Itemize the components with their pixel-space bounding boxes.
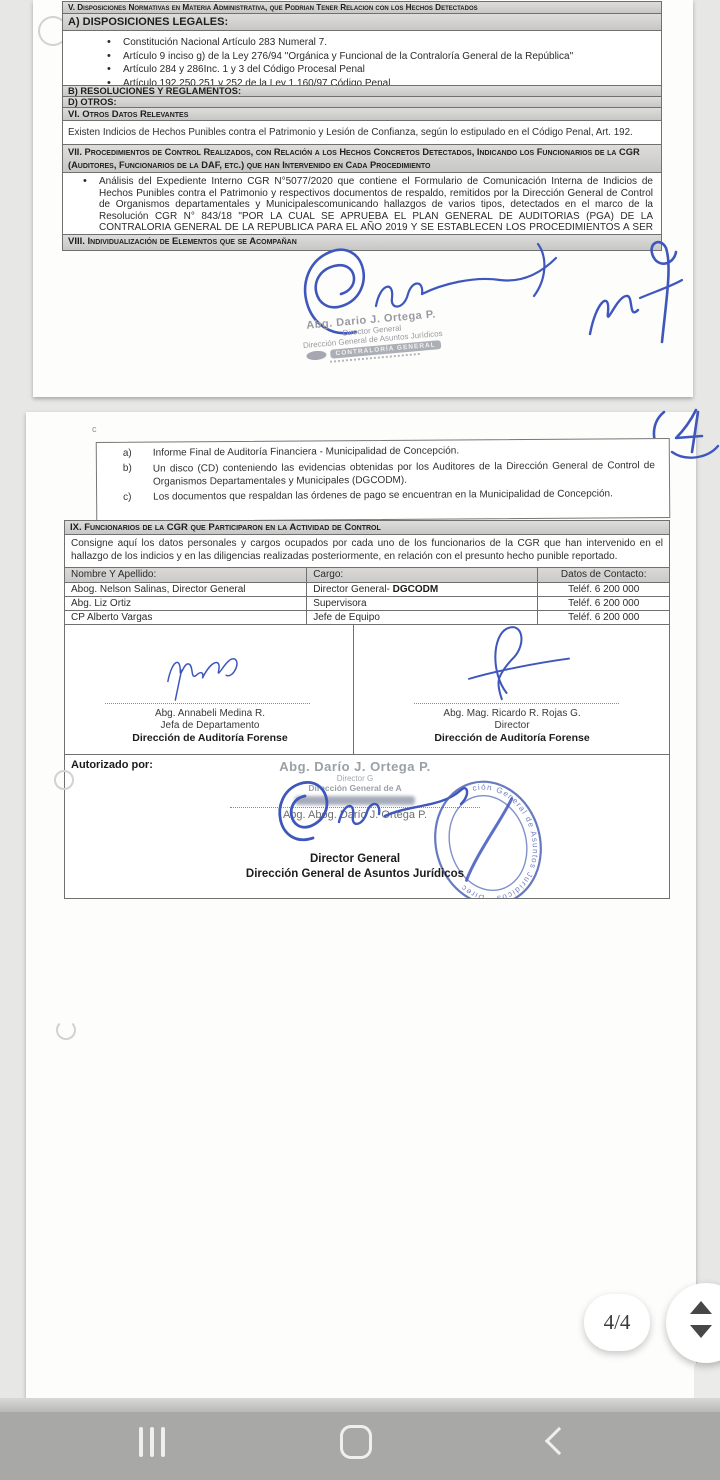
- document-page-1: V. Disposiciones Normativas en Materia A…: [33, 0, 693, 397]
- signature-row: Abg. Annabeli Medina R. Jefa de Departam…: [65, 625, 669, 755]
- signer-role: Jefa de Departamento: [65, 720, 355, 732]
- contact-name: Abog. Nelson Salinas, Director General: [65, 583, 307, 596]
- contact-cargo: Jefe de Equipo: [307, 611, 538, 624]
- hole-punch: [56, 1020, 76, 1040]
- signature-cell-right: Abg. Mag. Ricardo R. Rojas G. Director D…: [354, 625, 669, 754]
- col-header-contact: Datos de Contacto:: [538, 568, 669, 582]
- col-header-cargo: Cargo:: [307, 568, 538, 582]
- page-up-icon[interactable]: [690, 1301, 712, 1314]
- evidence-letter: a): [123, 448, 139, 460]
- authorized-role: Director General: [195, 853, 515, 865]
- contact-phone: Teléf. 6 200 000: [538, 597, 669, 610]
- android-navigation-bar: [0, 1412, 720, 1480]
- procedure-bullet: Análisis del Expediente Interno CGR N°50…: [99, 176, 653, 235]
- page-down-icon[interactable]: [690, 1325, 712, 1338]
- medina-signature-ink: [125, 643, 305, 705]
- officials-box: Consigne aquí los datos personales y car…: [64, 535, 670, 899]
- authorized-label: Autorizado por:: [71, 759, 153, 771]
- cargo-text: Director General-: [313, 584, 390, 595]
- section-d-header: D) OTROS:: [63, 97, 661, 108]
- signer-department: Dirección de Auditoría Forense: [354, 732, 669, 744]
- section-vii-header: VII. Procedimientos de Control Realizado…: [63, 145, 661, 173]
- signature-cell-left: Abg. Annabeli Medina R. Jefa de Departam…: [65, 625, 354, 754]
- hole-punch: [54, 770, 74, 790]
- stamp-emblem-icon: [306, 350, 327, 361]
- evidence-text: Informe Final de Auditoría Financiera - …: [153, 445, 459, 459]
- section-vi-content: Existen Indicios de Hechos Punibles cont…: [63, 121, 661, 145]
- signer-name: Abg. Mag. Ricardo R. Rojas G.: [354, 708, 669, 720]
- cargo-text-bold: DGCODM: [390, 584, 438, 595]
- screen: { "viewer": { "page_indicator": "4/4" },…: [0, 0, 720, 1480]
- contact-name: Abg. Liz Ortiz: [65, 597, 307, 610]
- legal-item: Artículo 284 y 286Inc. 1 y 3 del Código …: [123, 63, 653, 77]
- back-icon[interactable]: [545, 1427, 573, 1455]
- section-v-header: V. Disposiciones Normativas en Materia A…: [63, 2, 661, 14]
- home-icon[interactable]: [340, 1425, 372, 1459]
- page-bottom-shadow: [0, 1398, 720, 1412]
- legal-items: Constitución Nacional Artículo 283 Numer…: [63, 31, 661, 86]
- signer-department: Dirección de Auditoría Forense: [65, 732, 355, 744]
- page-indicator-label: 4/4: [604, 1310, 631, 1335]
- section-ix-intro: Consigne aquí los datos personales y car…: [65, 535, 669, 568]
- signer-role: Director: [354, 720, 669, 732]
- page1-form-table: V. Disposiciones Normativas en Materia A…: [62, 1, 662, 251]
- recents-icon[interactable]: [139, 1427, 165, 1457]
- contact-cargo: Director General- DGCODM: [307, 583, 538, 596]
- evidence-letter: b): [123, 463, 139, 489]
- signer-name: Abg. Annabeli Medina R.: [65, 708, 355, 720]
- signature-line: [414, 703, 619, 704]
- page-indicator: 4/4: [584, 1294, 650, 1351]
- contact-row: Abg. Liz Ortiz Supervisora Teléf. 6 200 …: [65, 597, 669, 611]
- contact-phone: Teléf. 6 200 000: [538, 611, 669, 624]
- corner-mark: c: [92, 424, 97, 434]
- contact-row: Abog. Nelson Salinas, Director General D…: [65, 583, 669, 597]
- section-vii-content: Análisis del Expediente Interno CGR N°50…: [63, 173, 661, 235]
- section-a-header: A) DISPOSICIONES LEGALES:: [63, 14, 661, 31]
- authorized-department: Dirección General de Asuntos Jurídicos: [195, 868, 515, 880]
- section-b-header: B) RESOLUCIONES Y REGLAMENTOS:: [63, 86, 661, 97]
- section-vii-title-line1: VII. Procedimientos de Control Realizado…: [68, 146, 656, 159]
- section-vi-header: VI. Otros Datos Relevantes: [63, 108, 661, 121]
- signature-line: [105, 703, 310, 704]
- contact-phone: Teléf. 6 200 000: [538, 583, 669, 596]
- rojas-signature-ink: [439, 625, 599, 707]
- section-ix-header: IX. Funcionarios de la CGR que Participa…: [64, 520, 670, 535]
- evidence-box: a) Informe Final de Auditoría Financiera…: [96, 438, 671, 522]
- legal-item: Artículo 9 inciso g) de la Ley 276/94 "O…: [123, 50, 653, 64]
- evidence-text: Los documentos que respaldan las órdenes…: [153, 488, 613, 503]
- document-page-2: c a) Informe Final de Auditoría Financie…: [26, 412, 696, 1400]
- contact-row: CP Alberto Vargas Jefe de Equipo Teléf. …: [65, 611, 669, 625]
- col-header-name: Nombre Y Apellido:: [65, 568, 307, 582]
- contacts-header-row: Nombre Y Apellido: Cargo: Datos de Conta…: [65, 568, 669, 583]
- legal-item: Artículo 192,250,251 y 252 de la Ley 1.1…: [123, 77, 653, 87]
- legal-item: Constitución Nacional Artículo 283 Numer…: [123, 36, 653, 50]
- section-vii-title-line2: (Auditores, Funcionarios de la DAF, etc.…: [68, 159, 656, 172]
- evidence-text: Un disco (CD) conteniendo las evidencias…: [153, 459, 655, 489]
- contact-name: CP Alberto Vargas: [65, 611, 307, 624]
- authorized-row: Autorizado por: Abg. Darío J. Ortega P. …: [65, 755, 669, 898]
- evidence-letter: c): [123, 492, 139, 504]
- contact-cargo: Supervisora: [307, 597, 538, 610]
